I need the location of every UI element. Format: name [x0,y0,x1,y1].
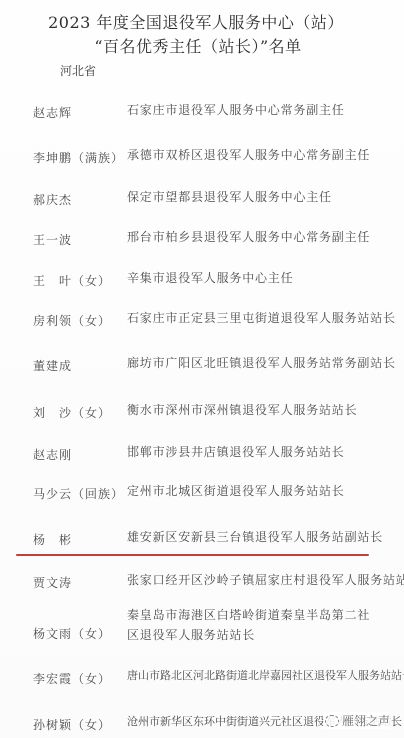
entry-position: 雄安新区安新县三台镇退役军人服务站副站长 [127,527,383,547]
watermark: 雁翎之声 [323,712,390,729]
entry-name: 郝庆杰 [33,191,72,208]
red-underline-divider [16,554,369,556]
entry-name: 刘 沙（女） [33,404,111,421]
entry-position: 廊坊市广阳区北旺镇退役军人服务站常务副站长 [127,353,396,373]
document-title-line1: 2023 年度全国退役军人服务中心（站） [0,10,398,33]
document-page: 2023 年度全国退役军人服务中心（站） “百名优秀主任（站长）”名单 河北省 … [0,0,404,738]
entry-position: 邯郸市涉县井店镇退役军人服务站站长 [127,442,345,462]
entry-position: 保定市望都县退役军人服务中心主任 [127,187,332,207]
entry-position: 石家庄市正定县三里屯街道退役军人服务站站长 [127,308,396,328]
entry-name: 赵志刚 [33,446,72,463]
watermark-text: 雁翎之声 [342,712,390,729]
entry-name: 赵志辉 [33,104,72,121]
entry-name: 杨 彬 [33,531,72,548]
province-heading: 河北省 [60,62,96,79]
entry-position: 辛集市退役军人服务中心主任 [127,268,293,288]
entry-position-line2: 区退役军人服务站站长 [127,625,255,645]
entry-position: 唐山市路北区河北路街道北岸嘉园社区退役军人服务站站长 [127,666,404,686]
entry-position: 石家庄市退役军人服务中心常务副主任 [127,100,345,120]
entry-name: 孙树颖（女） [33,716,111,733]
entry-position: 衡水市深州市深州镇退役军人服务站站长 [127,400,357,420]
entry-name: 李宏霞（女） [33,670,111,687]
entry-position: 张家口经开区沙岭子镇屈家庄村退役军人服务站站长 [127,570,404,590]
entry-name: 杨文雨（女） [33,625,111,642]
entry-position: 定州市北城区街道退役军人服务站站长 [127,481,345,501]
entry-position: 承德市双桥区退役军人服务中心常务副主任 [127,145,370,165]
entry-name: 房利领（女） [33,312,111,329]
wechat-logo-icon [325,715,339,727]
entry-position-line1: 秦皇岛市海港区白塔岭街道秦皇半岛第二社 [127,605,370,625]
entry-position: 邢台市柏乡县退役军人服务中心常务副主任 [127,227,370,247]
entry-name: 王 叶（女） [33,272,111,289]
entry-name: 王一波 [33,231,72,248]
entry-name: 贾文涛 [33,574,72,591]
entry-name: 马少云（回族） [33,485,124,502]
entry-name: 董建成 [33,357,72,374]
entry-name: 李坤鹏（满族） [33,149,124,166]
document-title-line2: “百名优秀主任（站长）”名单 [0,34,400,57]
